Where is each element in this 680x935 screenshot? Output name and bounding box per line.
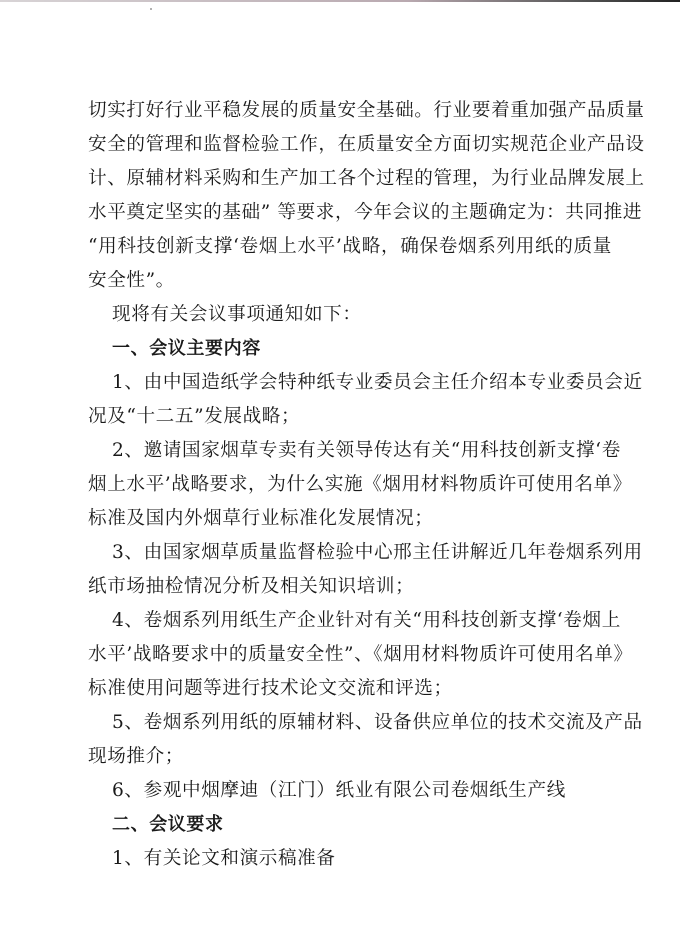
scan-speck: [150, 8, 152, 10]
paragraph-line: 水平奠定坚实的基础” 等要求，今年会议的主题确定为：共同推进: [88, 196, 612, 230]
list-item-2-1: 1、有关论文和演示稿准备: [88, 842, 612, 876]
list-item-2-cont: 标准及国内外烟草行业标准化发展情况；: [88, 502, 612, 536]
paragraph-line: 计、原辅材料采购和生产加工各个过程的管理，为行业品牌发展上: [88, 162, 612, 196]
section-heading-1: 一、会议主要内容: [88, 332, 612, 366]
scan-top-edge: [0, 0, 680, 2]
list-item-4-cont: 水平’战略要求中的质量安全性”、《烟用材料物质许可使用名单》: [88, 638, 612, 672]
paragraph-line: 安全的管理和监督检验工作，在质量安全方面切实规范企业产品设: [88, 128, 612, 162]
list-item-2-cont: 烟上水平’战略要求，为什么实施《烟用材料物质许可使用名单》: [88, 468, 612, 502]
paragraph-line: 安全性”。: [88, 264, 612, 298]
list-item-4-cont: 标准使用问题等进行技术论文交流和评选；: [88, 672, 612, 706]
list-item-1-cont: 况及“十二五”发展战略；: [88, 400, 612, 434]
notice-line: 现将有关会议事项通知如下：: [88, 298, 612, 332]
list-item-2: 2、邀请国家烟草专卖有关领导传达有关“用科技创新支撑‘卷: [88, 434, 612, 468]
section-heading-2: 二、会议要求: [88, 808, 612, 842]
list-item-5-cont: 现场推介；: [88, 740, 612, 774]
list-item-1: 1、由中国造纸学会特种纸专业委员会主任介绍本专业委员会近: [88, 366, 612, 400]
list-item-4: 4、卷烟系列用纸生产企业针对有关“用科技创新支撑‘卷烟上: [88, 604, 612, 638]
paragraph-line: 切实打好行业平稳发展的质量安全基础。行业要着重加强产品质量: [88, 94, 612, 128]
list-item-5: 5、卷烟系列用纸的原辅材料、设备供应单位的技术交流及产品: [88, 706, 612, 740]
list-item-3: 3、由国家烟草质量监督检验中心邢主任讲解近几年卷烟系列用: [88, 536, 612, 570]
list-item-6: 6、参观中烟摩迪（江门）纸业有限公司卷烟纸生产线: [88, 774, 612, 808]
list-item-3-cont: 纸市场抽检情况分析及相关知识培训；: [88, 570, 612, 604]
paragraph-line: “用科技创新支撑‘卷烟上水平’战略，确保卷烟系列用纸的质量: [88, 230, 612, 264]
document-page: 切实打好行业平稳发展的质量安全基础。行业要着重加强产品质量 安全的管理和监督检验…: [88, 94, 612, 876]
